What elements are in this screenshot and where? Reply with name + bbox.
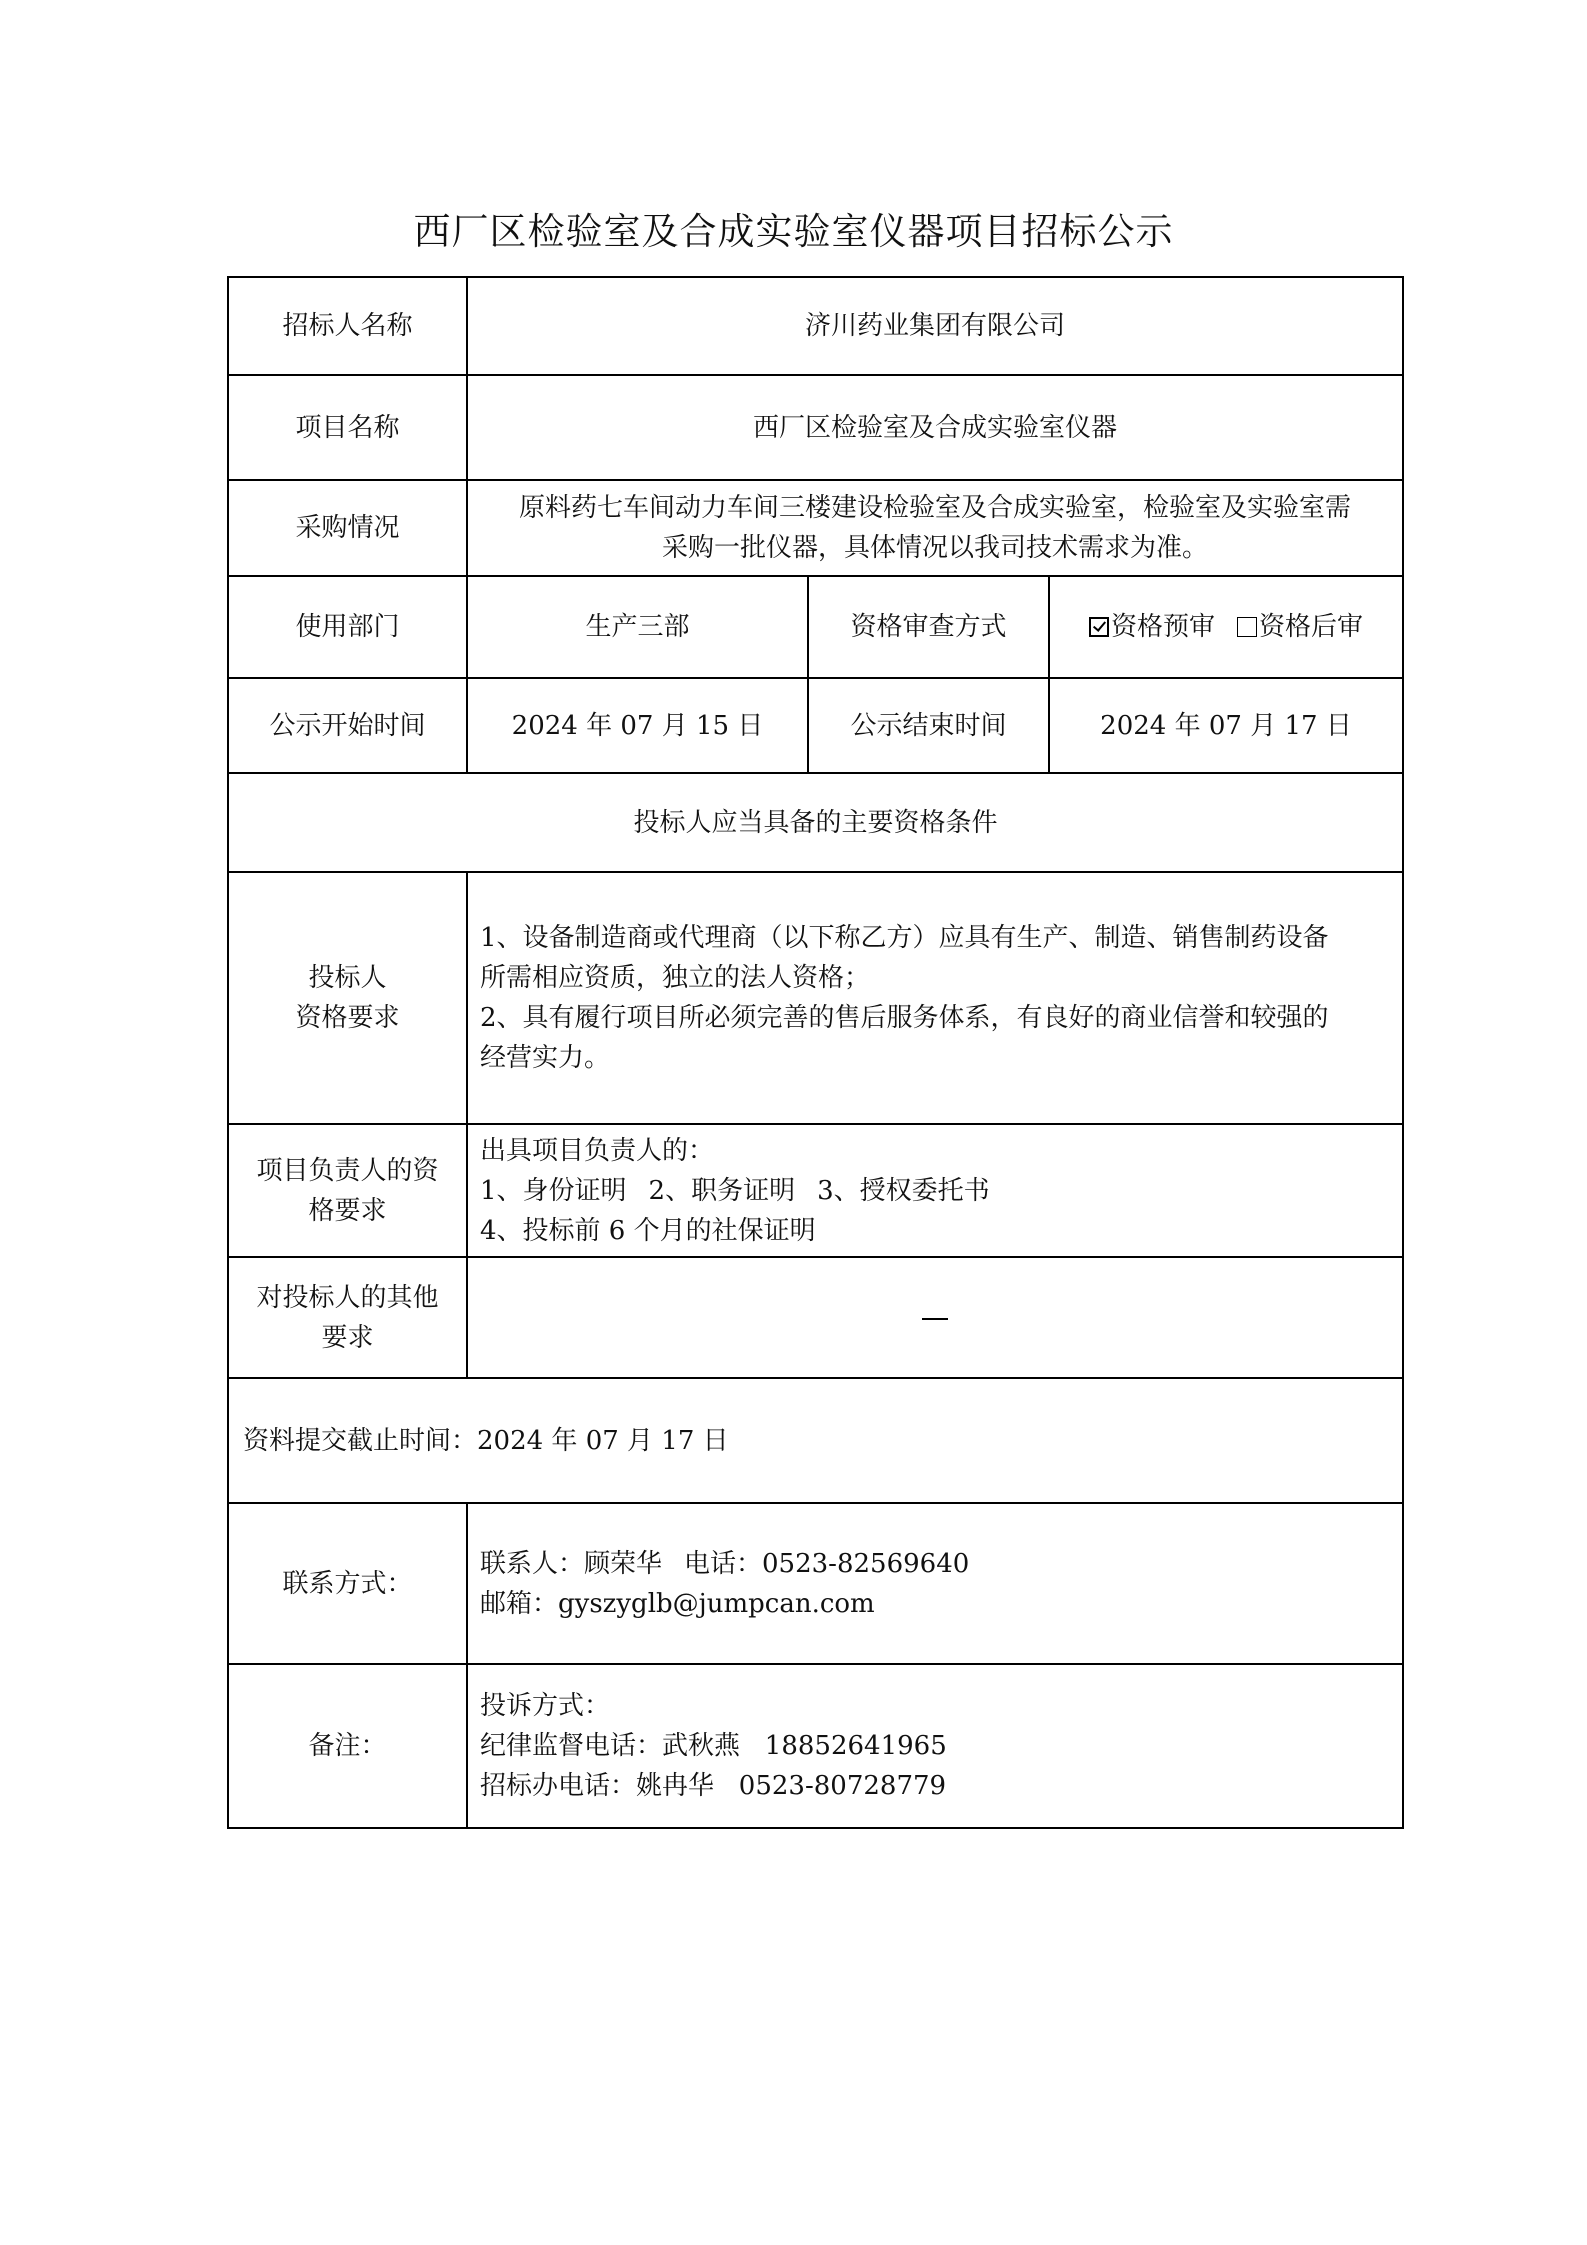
contact-value: 联系人：顾荣华电话：0523-82569640 邮箱：gyszyglb@jump… [467, 1503, 1403, 1664]
procurement-value: 原料药七车间动力车间三楼建设检验室及合成实验室，检验室及实验室需 采购一批仪器，… [467, 480, 1403, 576]
contact-person-line: 联系人：顾荣华电话：0523-82569640 [480, 1544, 1390, 1584]
manager-qualification-value: 出具项目负责人的： 1、身份证明2、职务证明3、授权委托书 4、投标前 6 个月… [467, 1124, 1403, 1257]
requirement-line: 经营实力。 [480, 1038, 1390, 1078]
row-remarks: 备注： 投诉方式： 纪律监督电话：武秋燕 18852641965 招标办电话：姚… [228, 1664, 1403, 1828]
other-requirements-label: 对投标人的其他 要求 [228, 1257, 467, 1378]
manager-items-line: 1、身份证明2、职务证明3、授权委托书 [480, 1171, 1390, 1211]
remarks-value: 投诉方式： 纪律监督电话：武秋燕 18852641965 招标办电话：姚冉华 0… [467, 1664, 1403, 1828]
checked-box-icon[interactable] [1089, 617, 1109, 637]
row-section-heading: 投标人应当具备的主要资格条件 [228, 773, 1403, 872]
bidder-qualification-value: 1、设备制造商或代理商（以下称乙方）应具有生产、制造、销售制药设备 所需相应资质… [467, 872, 1403, 1124]
manager-item: 4、投标前 6 个月的社保证明 [480, 1211, 1390, 1251]
dash-placeholder [922, 1318, 948, 1320]
qualification-section-heading: 投标人应当具备的主要资格条件 [228, 773, 1403, 872]
row-procurement: 采购情况 原料药七车间动力车间三楼建设检验室及合成实验室，检验室及实验室需 采购… [228, 480, 1403, 576]
manager-item: 2、职务证明 [649, 1176, 796, 1206]
manager-item: 1、身份证明 [480, 1176, 627, 1206]
tenderer-name-value: 济川药业集团有限公司 [467, 277, 1403, 375]
department-label: 使用部门 [228, 576, 467, 678]
document-title: 西厂区检验室及合成实验室仪器项目招标公示 [0, 208, 1587, 256]
prequalification-option[interactable]: 资格预审 [1089, 612, 1215, 642]
review-method-options: 资格预审资格后审 [1049, 576, 1403, 678]
contact-phone: 电话：0523-82569640 [684, 1549, 969, 1579]
end-date-label: 公示结束时间 [808, 678, 1049, 773]
row-tenderer-name: 招标人名称 济川药业集团有限公司 [228, 277, 1403, 375]
other-requirements-value [467, 1257, 1403, 1378]
row-other-requirements: 对投标人的其他 要求 [228, 1257, 1403, 1378]
start-date-label: 公示开始时间 [228, 678, 467, 773]
submission-deadline: 资料提交截止时间：2024 年 07 月 17 日 [228, 1378, 1403, 1503]
tender-notice-table: 招标人名称 济川药业集团有限公司 项目名称 西厂区检验室及合成实验室仪器 采购情… [227, 276, 1404, 1829]
prequalification-label: 资格预审 [1111, 612, 1215, 642]
label-line: 格要求 [237, 1191, 458, 1231]
label-line: 投标人 [237, 958, 458, 998]
remarks-label: 备注： [228, 1664, 467, 1828]
label-line: 对投标人的其他 [237, 1278, 458, 1318]
procurement-label: 采购情况 [228, 480, 467, 576]
manager-qualification-label: 项目负责人的资 格要求 [228, 1124, 467, 1257]
label-line: 项目负责人的资 [237, 1151, 458, 1191]
procurement-line: 原料药七车间动力车间三楼建设检验室及合成实验室，检验室及实验室需 [480, 488, 1390, 528]
bidder-qualification-label: 投标人 资格要求 [228, 872, 467, 1124]
project-name-label: 项目名称 [228, 375, 467, 480]
unchecked-box-icon[interactable] [1237, 617, 1257, 637]
requirement-line: 所需相应资质，独立的法人资格； [480, 958, 1390, 998]
row-manager-qualification: 项目负责人的资 格要求 出具项目负责人的： 1、身份证明2、职务证明3、授权委托… [228, 1124, 1403, 1257]
row-project-name: 项目名称 西厂区检验室及合成实验室仪器 [228, 375, 1403, 480]
contact-person: 联系人：顾荣华 [480, 1549, 662, 1579]
row-bidder-qualification: 投标人 资格要求 1、设备制造商或代理商（以下称乙方）应具有生产、制造、销售制药… [228, 872, 1403, 1124]
postqualification-label: 资格后审 [1259, 612, 1363, 642]
start-date-value: 2024 年 07 月 15 日 [467, 678, 808, 773]
postqualification-option[interactable]: 资格后审 [1237, 612, 1363, 642]
requirement-line: 2、具有履行项目所必须完善的售后服务体系，有良好的商业信誉和较强的 [480, 998, 1390, 1038]
contact-email: 邮箱：gyszyglb@jumpcan.com [480, 1584, 1390, 1624]
manager-intro: 出具项目负责人的： [480, 1131, 1390, 1171]
procurement-line: 采购一批仪器，具体情况以我司技术需求为准。 [480, 528, 1390, 568]
contact-label: 联系方式： [228, 1503, 467, 1664]
row-dates: 公示开始时间 2024 年 07 月 15 日 公示结束时间 2024 年 07… [228, 678, 1403, 773]
manager-item: 3、授权委托书 [817, 1176, 990, 1206]
tenderer-name-label: 招标人名称 [228, 277, 467, 375]
row-department: 使用部门 生产三部 资格审查方式 资格预审资格后审 [228, 576, 1403, 678]
remarks-line: 招标办电话：姚冉华 0523-80728779 [480, 1766, 1390, 1806]
requirement-line: 1、设备制造商或代理商（以下称乙方）应具有生产、制造、销售制药设备 [480, 918, 1390, 958]
remarks-line: 投诉方式： [480, 1686, 1390, 1726]
end-date-value: 2024 年 07 月 17 日 [1049, 678, 1403, 773]
department-value: 生产三部 [467, 576, 808, 678]
project-name-value: 西厂区检验室及合成实验室仪器 [467, 375, 1403, 480]
label-line: 要求 [237, 1318, 458, 1358]
row-deadline: 资料提交截止时间：2024 年 07 月 17 日 [228, 1378, 1403, 1503]
row-contact: 联系方式： 联系人：顾荣华电话：0523-82569640 邮箱：gyszygl… [228, 1503, 1403, 1664]
remarks-line: 纪律监督电话：武秋燕 18852641965 [480, 1726, 1390, 1766]
review-method-label: 资格审查方式 [808, 576, 1049, 678]
label-line: 资格要求 [237, 998, 458, 1038]
